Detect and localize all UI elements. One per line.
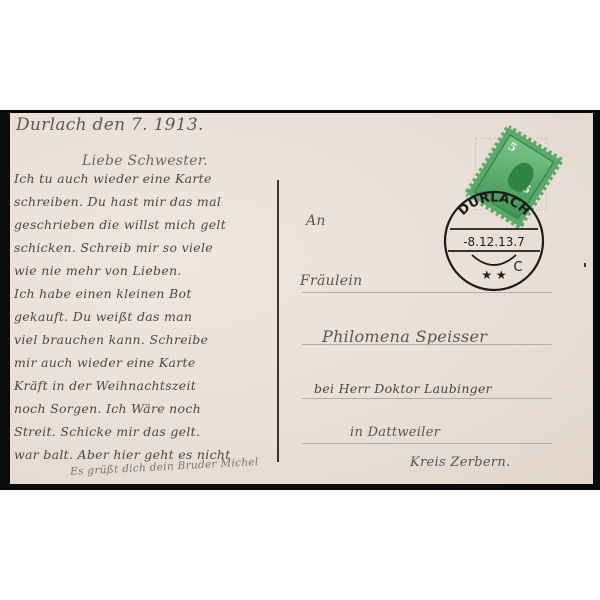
greeting: Liebe Schwester.: [82, 153, 208, 169]
ink-speck: [584, 263, 586, 267]
message-line: gekauft. Du weißt das man: [14, 309, 192, 324]
divider-line: [277, 180, 279, 462]
message-line: mir auch wieder eine Karte: [14, 355, 196, 370]
address-rule: [302, 292, 552, 293]
date-line: Durlach den 7. 1913.: [16, 115, 204, 135]
postcard: Durlach den 7. 1913. Liebe Schwester. Ic…: [10, 113, 593, 484]
message-line: wie nie mehr von Lieben.: [14, 263, 182, 278]
message-line: noch Sorgen. Ich Wäre noch: [14, 401, 201, 416]
message-line: schreiben. Du hast mir das mal: [14, 194, 221, 209]
postmark: DURLACH -8.12.13.7 ★ ★ C: [442, 189, 546, 293]
postmark-suffix: C: [513, 260, 522, 275]
message-line: Kräft in der Weihnachtszeit: [14, 378, 196, 393]
address-district: Kreis Zerbern.: [410, 455, 510, 470]
address-an: An: [306, 213, 326, 229]
address-town: in Dattweiler: [350, 425, 440, 440]
message-line: schicken. Schreib mir so viele: [14, 240, 213, 255]
stamp-value: 5: [506, 140, 519, 155]
message-line: viel brauchen kann. Schreibe: [14, 332, 208, 347]
postmark-town: DURLACH: [455, 190, 532, 218]
postmark-stars: ★ ★: [481, 268, 506, 282]
message-line: geschrieben die willst mich gelt: [14, 217, 226, 232]
svg-text:DURLACH: DURLACH: [455, 190, 532, 218]
address-rule: [302, 443, 552, 444]
address-rule: [302, 398, 552, 399]
address-rule: [302, 344, 552, 345]
address-title: Fräulein: [300, 273, 362, 289]
message-line: Ich tu auch wieder eine Karte: [14, 171, 212, 186]
message-line: Streit. Schicke mir das gelt.: [14, 424, 200, 439]
postmark-date: -8.12.13.7: [463, 235, 525, 249]
address-care-of: bei Herr Doktor Laubinger: [314, 381, 492, 396]
message-line: Ich habe einen kleinen Bot: [14, 286, 192, 301]
